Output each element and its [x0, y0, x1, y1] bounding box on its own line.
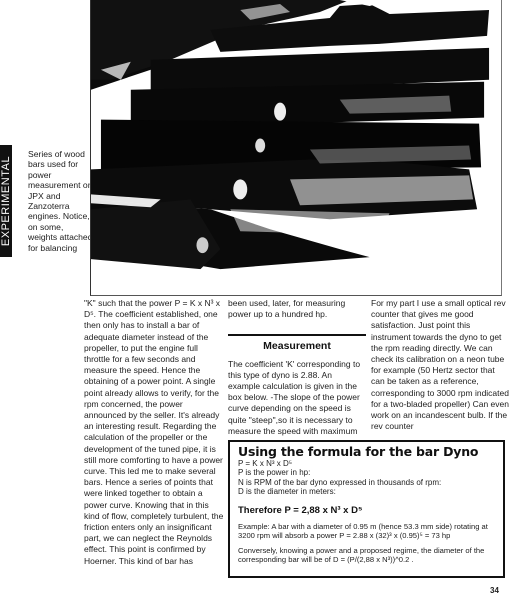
- column-1-text: "K" such that the power P = K x N³ x D⁵.…: [84, 298, 224, 567]
- column-2-intro: been used, later, for measuring power up…: [228, 298, 366, 320]
- column-2-body: The coefficient 'K' corresponding to thi…: [228, 359, 366, 449]
- measurement-heading: Measurement: [228, 341, 366, 352]
- section-divider: [228, 334, 366, 336]
- definition-d: D is the diameter in meters:: [238, 487, 497, 496]
- photo-wood-bars: [90, 0, 502, 296]
- page-number: 34: [490, 586, 499, 595]
- section-tab: EXPERIMENTAL: [0, 145, 12, 257]
- formula: P = K x N³ x D⁵: [238, 459, 497, 468]
- formula-box: Using the formula for the bar Dyno P = K…: [228, 440, 505, 578]
- photo-caption: Series of wood bars used for power measu…: [28, 149, 94, 253]
- wood-bars-image: [91, 0, 501, 295]
- article-column-3: For my part I use a small optical rev co…: [371, 298, 509, 432]
- conversely-text: Conversely, knowing a power and a propos…: [238, 546, 497, 564]
- column-3-text: For my part I use a small optical rev co…: [371, 298, 509, 432]
- article-column-2: been used, later, for measuring power up…: [228, 298, 366, 448]
- example-text: Example: A bar with a diameter of 0.95 m…: [238, 522, 497, 540]
- definition-p: P is the power in hp:: [238, 468, 497, 477]
- therefore-formula: Therefore P = 2,88 x N³ x D⁵: [238, 505, 497, 516]
- section-tab-label: EXPERIMENTAL: [0, 156, 12, 246]
- definition-n: N is RPM of the bar dyno expressed in th…: [238, 478, 497, 487]
- formula-box-title: Using the formula for the bar Dyno: [238, 444, 497, 459]
- article-column-1: "K" such that the power P = K x N³ x D⁵.…: [84, 298, 224, 567]
